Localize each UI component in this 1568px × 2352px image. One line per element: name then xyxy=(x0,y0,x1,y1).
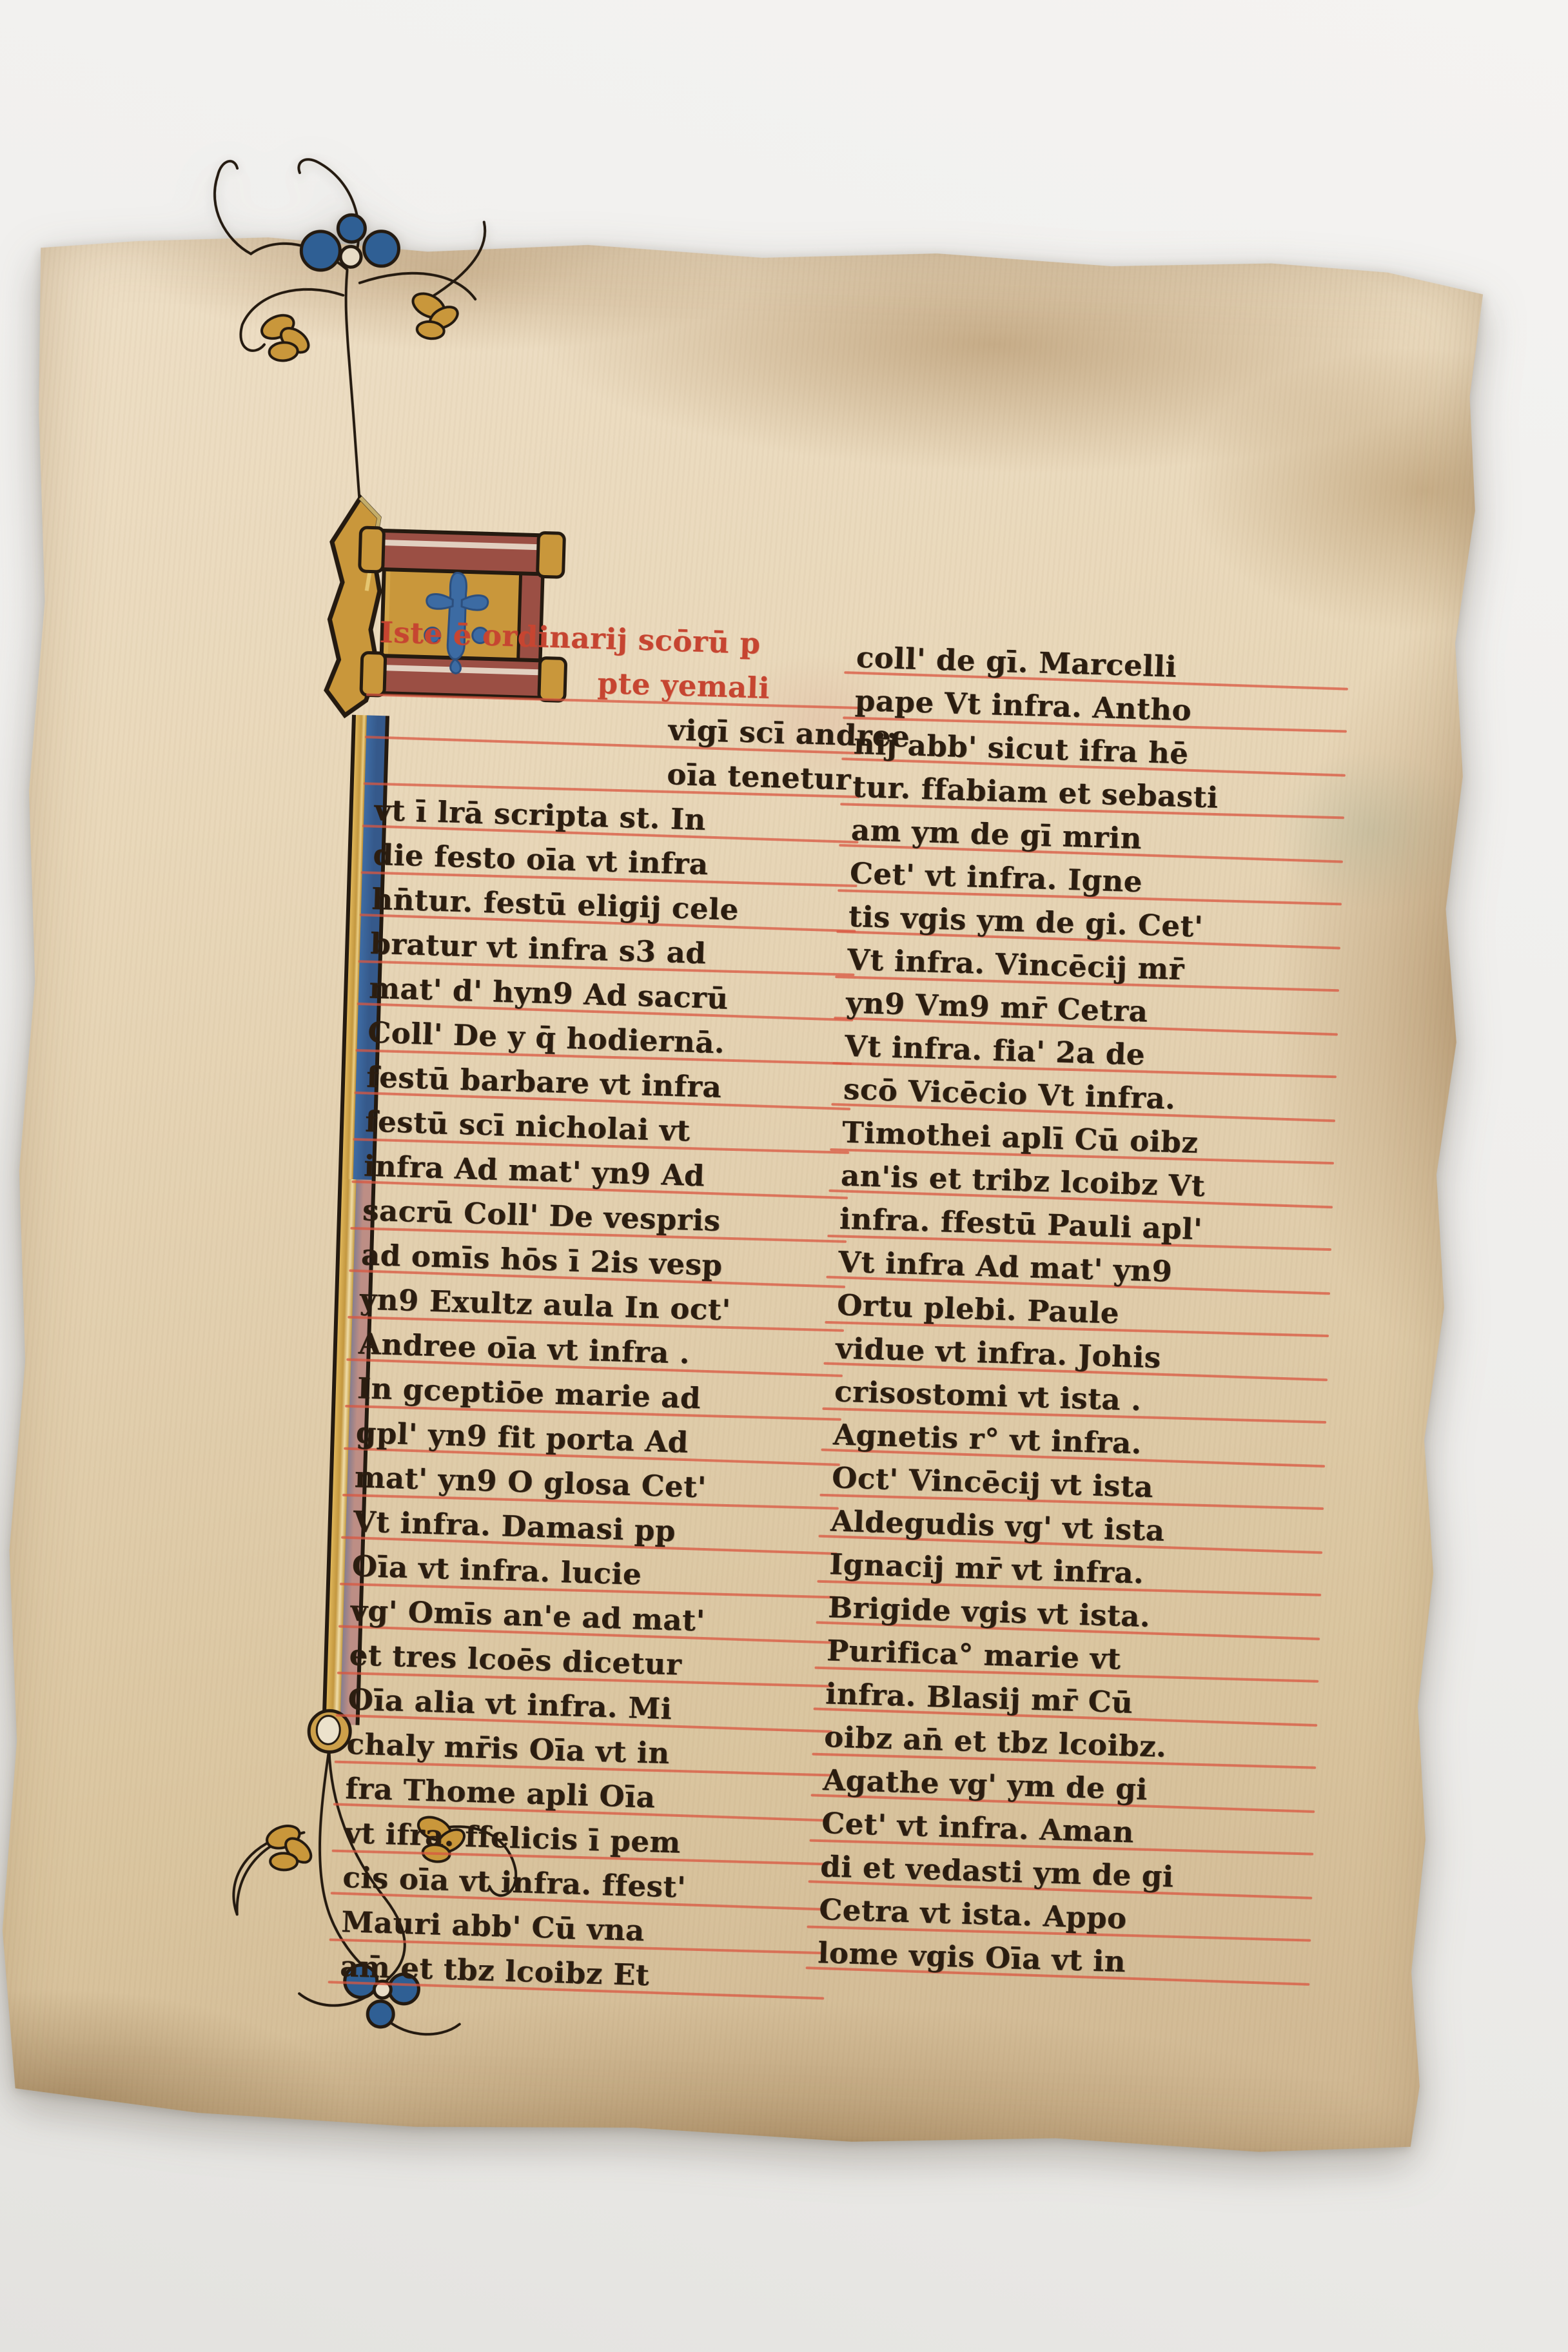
left-text-column: Iste ē ordinarij scōrū ppte yemalivigī s… xyxy=(339,609,847,2002)
manuscript-leaf-group: Iste ē ordinarij scōrū ppte yemalivigī s… xyxy=(0,193,1494,2166)
blue-berries xyxy=(300,213,400,272)
right-text-column: coll' de gī. Marcellipape Vt infra. Anth… xyxy=(817,635,1331,1988)
manuscript-photo: Iste ē ordinarij scōrū ppte yemalivigī s… xyxy=(0,0,1568,2352)
gold-trefoil-leaf xyxy=(257,284,462,367)
top-floral-flourish-icon xyxy=(146,96,545,520)
